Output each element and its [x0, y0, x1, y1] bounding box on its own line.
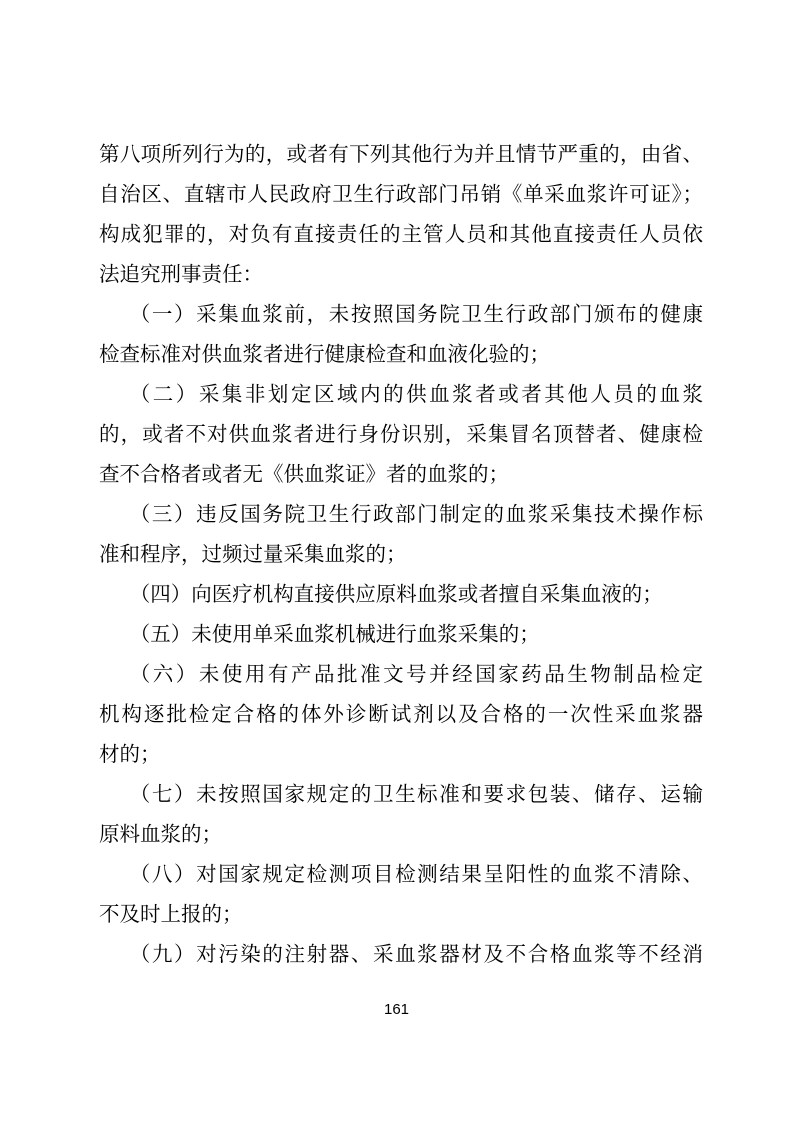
text-line: 第八项所列行为的，或者有下列其他行为并且情节严重的，由省、 [99, 135, 703, 175]
text-line: （三）违反国务院卫生行政部门制定的血浆采集技术操作标 [99, 495, 703, 535]
text-line: 检查标准对供血浆者进行健康检查和血液化验的； [99, 335, 703, 375]
text-line: （六）未使用有产品批准文号并经国家药品生物制品检定 [99, 655, 703, 695]
text-line: 查不合格者或者无《供血浆证》者的血浆的； [99, 455, 703, 495]
page-number: 161 [0, 1000, 793, 1020]
text-line: （二）采集非划定区域内的供血浆者或者其他人员的血浆 [99, 375, 703, 415]
text-line: 原料血浆的； [99, 815, 703, 855]
text-line: 的，或者不对供血浆者进行身份识别，采集冒名顶替者、健康检 [99, 415, 703, 455]
text-line: （一）采集血浆前，未按照国务院卫生行政部门颁布的健康 [99, 295, 703, 335]
text-line: 法追究刑事责任： [99, 255, 703, 295]
text-line: （八）对国家规定检测项目检测结果呈阳性的血浆不清除、 [99, 855, 703, 895]
text-line: （五）未使用单采血浆机械进行血浆采集的； [99, 615, 703, 655]
text-line: 材的； [99, 735, 703, 775]
text-line: 不及时上报的； [99, 895, 703, 935]
text-line: （四）向医疗机构直接供应原料血浆或者擅自采集血液的； [99, 575, 703, 615]
text-line: 构成犯罪的，对负有直接责任的主管人员和其他直接责任人员依 [99, 215, 703, 255]
document-body-text: 第八项所列行为的，或者有下列其他行为并且情节严重的，由省、 自治区、直辖市人民政… [99, 135, 703, 975]
text-line: 机构逐批检定合格的体外诊断试剂以及合格的一次性采血浆器 [99, 695, 703, 735]
text-line: （九）对污染的注射器、采血浆器材及不合格血浆等不经消 [99, 935, 703, 975]
text-line: 自治区、直辖市人民政府卫生行政部门吊销《单采血浆许可证》； [99, 175, 703, 215]
document-page: 第八项所列行为的，或者有下列其他行为并且情节严重的，由省、 自治区、直辖市人民政… [0, 0, 793, 1122]
text-line: 准和程序，过频过量采集血浆的； [99, 535, 703, 575]
text-line: （七）未按照国家规定的卫生标准和要求包装、储存、运输 [99, 775, 703, 815]
